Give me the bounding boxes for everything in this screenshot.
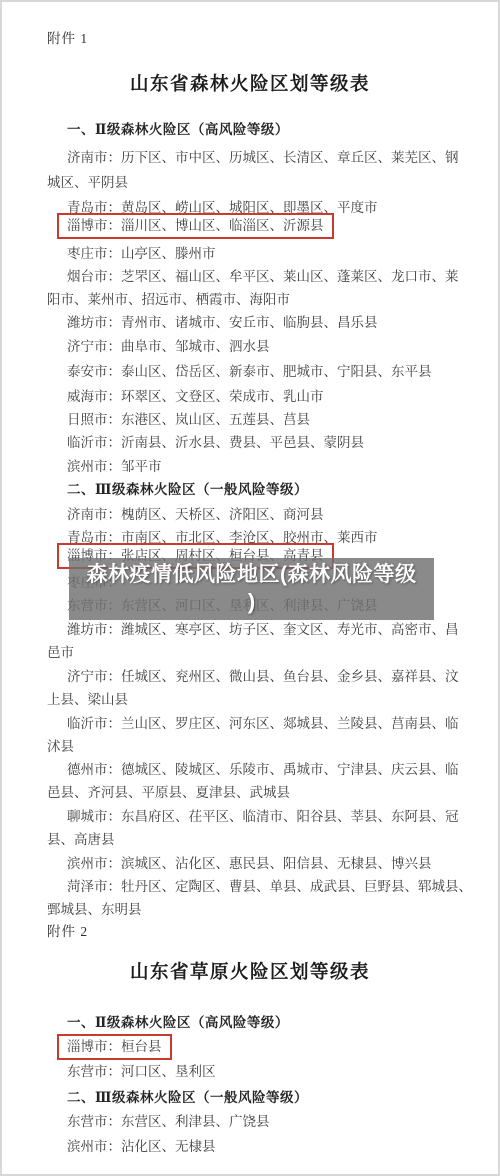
doc-line: 聊城市：东昌府区、茌平区、临清市、阳谷县、莘县、东阿县、冠 (67, 808, 459, 826)
doc-line: 滨州市：沾化区、无棣县 (67, 1138, 216, 1156)
section-header: 二、Ⅲ级森林火险区（一般风险等级） (67, 481, 308, 499)
doc-line: 枣庄市：山亭区、滕州市 (67, 245, 216, 263)
doc-line-continuation: 城区、平阴县 (47, 174, 128, 192)
highlight-red-box: 淄博市：桓台县 (57, 1034, 172, 1060)
doc-line: 泰安市：泰山区、岱岳区、新泰市、肥城市、宁阳县、东平县 (67, 363, 432, 381)
table-title: 山东省草原火险区划等级表 (2, 960, 498, 986)
section-header: 一、Ⅱ级森林火险区（高风险等级） (67, 1014, 289, 1032)
doc-line: 烟台市：芝罘区、福山区、牟平区、莱山区、蓬莱区、龙口市、莱 (67, 268, 459, 286)
doc-line-continuation: 邑县、齐河县、平原县、夏津县、武城县 (47, 784, 290, 802)
doc-line: 东营市：东营区、利津县、广饶县 (67, 1113, 270, 1131)
watermark-text-line1: 森林疫情低风险地区(森林风险等级 (69, 561, 434, 588)
highlighted-entry: 淄博市：桓台县 (57, 1034, 172, 1060)
doc-line: 威海市：环翠区、文登区、荣成市、乳山市 (67, 388, 324, 406)
document-page: 附件 1山东省森林火险区划等级表一、Ⅱ级森林火险区（高风险等级）济南市：历下区、… (0, 0, 500, 1176)
highlight-red-box: 淄博市：淄川区、博山区、临淄区、沂源县 (57, 213, 334, 239)
section-header: 一、Ⅱ级森林火险区（高风险等级） (67, 121, 289, 139)
doc-line-continuation: 阳市、莱州市、招远市、栖霞市、海阳市 (47, 291, 290, 309)
attachment-label: 附件 1 (47, 30, 88, 48)
doc-line: 济宁市：曲阜市、邹城市、泗水县 (67, 338, 270, 356)
doc-line: 临沂市：兰山区、罗庄区、河东区、郯城县、兰陵县、莒南县、临 (67, 715, 459, 733)
highlighted-entry: 淄博市：淄川区、博山区、临淄区、沂源县 (57, 213, 334, 239)
doc-line: 济宁市：任城区、兖州区、微山县、鱼台县、金乡县、嘉祥县、汶 (67, 668, 459, 686)
doc-line-continuation: 沭县 (47, 738, 74, 756)
doc-line: 潍坊市：青州市、诸城市、安丘市、临朐县、昌乐县 (67, 314, 378, 332)
table-title: 山东省森林火险区划等级表 (2, 72, 498, 98)
doc-line: 临沂市：沂南县、沂水县、费县、平邑县、蒙阴县 (67, 434, 364, 452)
doc-line: 东营市：河口区、垦利区 (67, 1063, 216, 1081)
doc-line: 日照市：东港区、岚山区、五莲县、莒县 (67, 411, 310, 429)
doc-line: 菏泽市：牡丹区、定陶区、曹县、单县、成武县、巨野县、郓城县、 (67, 878, 472, 896)
doc-line: 滨州市：滨城区、沾化区、惠民县、阳信县、无棣县、博兴县 (67, 855, 432, 873)
doc-line-continuation: 上县、梁山县 (47, 691, 128, 709)
attachment-label: 附件 2 (47, 923, 88, 941)
doc-line-continuation: 县、高唐县 (47, 831, 115, 849)
doc-line: 济南市：历下区、市中区、历城区、长清区、章丘区、莱芜区、钢 (67, 149, 459, 167)
watermark-text-line2: ) (69, 588, 434, 616)
doc-line: 德州市：德城区、陵城区、乐陵市、禹城市、宁津县、庆云县、临 (67, 761, 459, 779)
doc-line-continuation: 鄄城县、东明县 (47, 901, 142, 919)
watermark-overlay: 森林疫情低风险地区(森林风险等级 ) (69, 558, 434, 620)
section-header: 二、Ⅲ级森林火险区（一般风险等级） (67, 1089, 308, 1107)
doc-line: 滨州市：邹平市 (67, 458, 162, 476)
doc-line: 济南市：槐荫区、天桥区、济阳区、商河县 (67, 506, 324, 524)
doc-line: 潍坊市：潍城区、寒亭区、坊子区、奎文区、寿光市、高密市、昌 (67, 621, 459, 639)
doc-line-continuation: 邑市 (47, 644, 74, 662)
